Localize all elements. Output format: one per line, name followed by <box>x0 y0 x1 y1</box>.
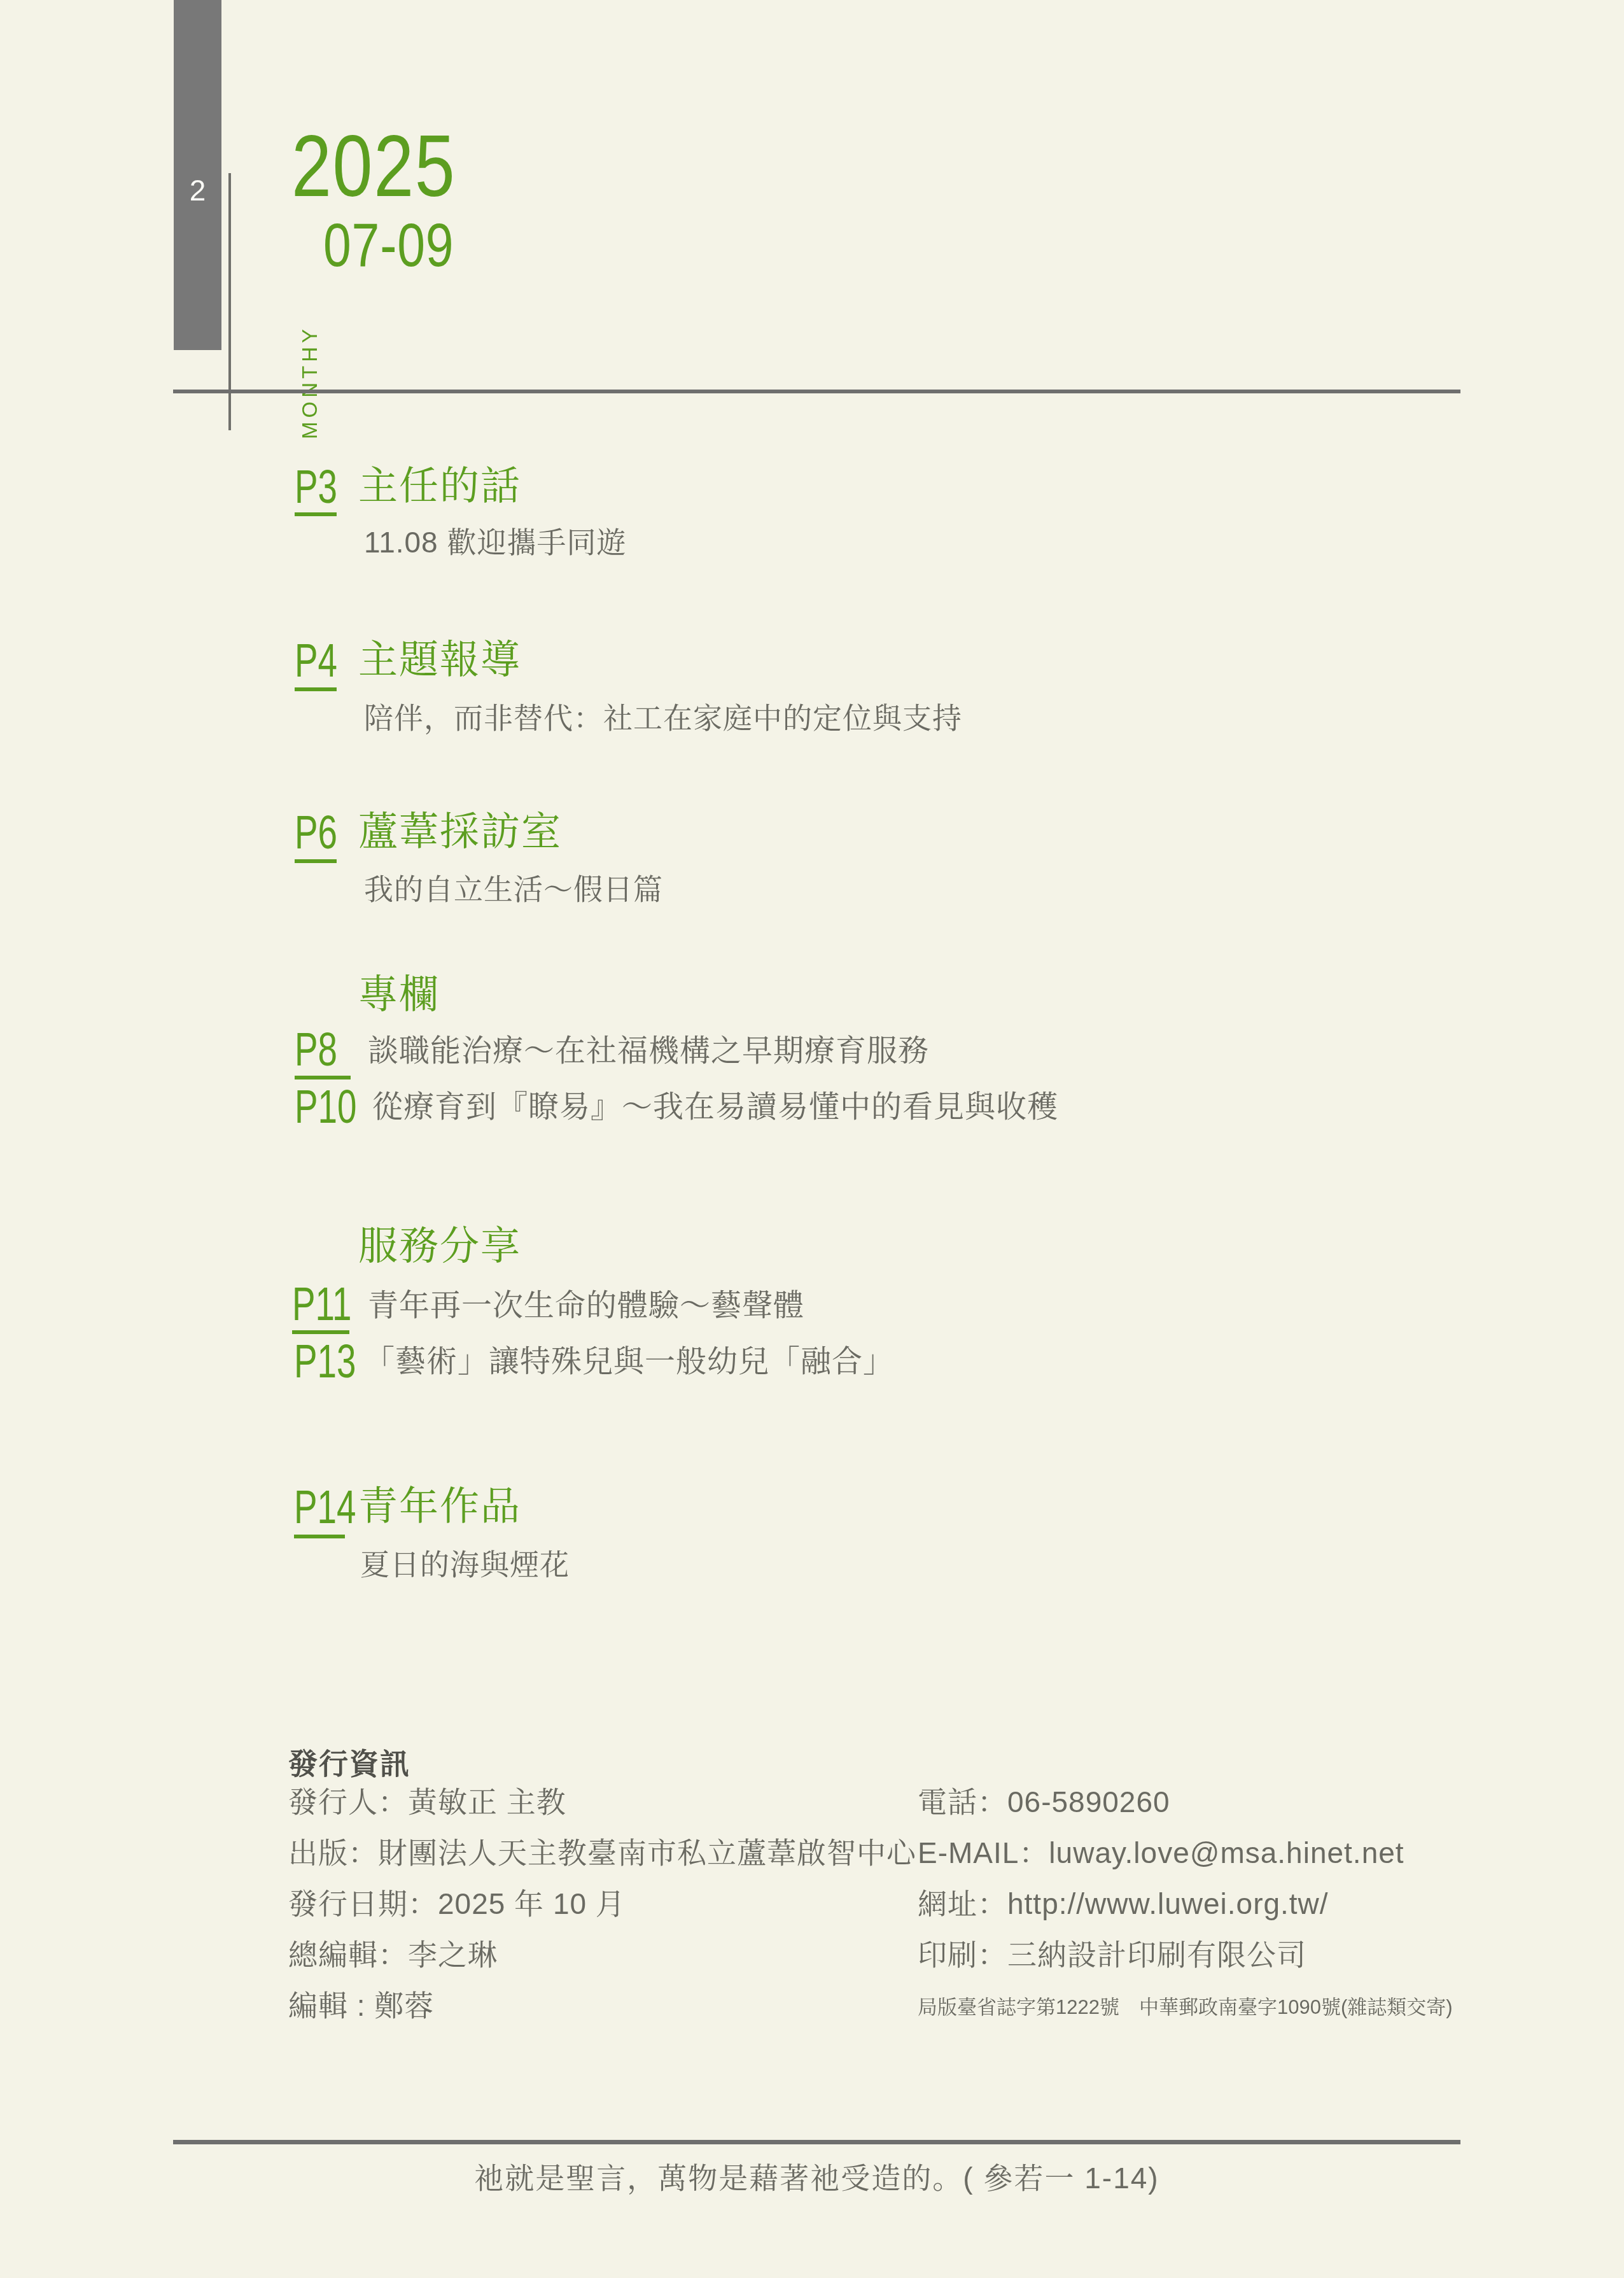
page-ref: P10 <box>295 1083 379 1130</box>
entry-title: 蘆葦採訪室 <box>358 813 562 852</box>
page-ref: P4 <box>295 637 353 684</box>
pubinfo-issue-date: 發行日期：2025 年 10 月 <box>288 1889 626 1918</box>
pubinfo-printer: 印刷：三納設計印刷有限公司 <box>918 1940 1306 1969</box>
underline-rule <box>295 512 337 516</box>
footer-rule <box>173 2140 1460 2144</box>
entry-subtitle: 我的自立生活～假日篇 <box>364 873 663 906</box>
page-ref: P11 <box>292 1281 372 1328</box>
underline-rule <box>294 1535 345 1538</box>
pubinfo-chief-editor: 總編輯：李之琳 <box>288 1940 498 1969</box>
monthly-label: MONTHY <box>299 325 320 439</box>
section-header: 專欄 <box>358 976 440 1015</box>
pubinfo-registration: 局版臺省誌字第1222號 中華郵政南臺字1090號(雜誌類交寄) <box>918 1997 1453 2017</box>
entry-subtitle: 11.08 歡迎攜手同遊 <box>364 526 626 559</box>
entry-subtitle: 夏日的海與煙花 <box>360 1548 570 1582</box>
page-ref: P6 <box>295 809 353 856</box>
underline-rule <box>295 859 337 863</box>
entry-title: 青年再一次生命的體驗～藝聲體 <box>368 1290 804 1323</box>
header-rule <box>173 390 1460 393</box>
page-number-badge: 2 <box>174 176 221 205</box>
entry-subtitle: 陪伴，而非替代：社工在家庭中的定位與支持 <box>364 701 962 735</box>
entry-title: 主任的話 <box>358 467 521 507</box>
pubinfo-email: E-MAIL：luway.love@msa.hinet.net <box>918 1838 1404 1867</box>
entry-title: 「藝術」讓特殊兒與一般幼兒「融合」 <box>364 1346 894 1379</box>
underline-rule <box>295 1076 351 1079</box>
page-ref: P8 <box>295 1026 353 1073</box>
entry-title: 從療育到『瞭易』～我在易讀易懂中的看見與收穫 <box>372 1091 1058 1125</box>
pubinfo-phone: 電話：06-5890260 <box>918 1787 1170 1817</box>
scripture-verse: 祂就是聖言，萬物是藉著祂受造的。( 參若一 1-14) <box>173 2155 1460 2197</box>
entry-title: 主題報導 <box>358 641 521 680</box>
pubinfo-website: 網址：http://www.luwei.org.tw/ <box>918 1889 1329 1918</box>
pubinfo-editor: 編輯 : 鄭蓉 <box>288 1991 434 2020</box>
underline-rule <box>292 1330 349 1334</box>
section-header: 服務分享 <box>358 1227 521 1267</box>
entry-title: 談職能治療～在社福機構之早期療育服務 <box>368 1035 929 1069</box>
year-label: 2025 <box>291 122 456 210</box>
page-ref: P3 <box>295 463 353 510</box>
magazine-toc-page: 2 2025 MONTHY 07-09 P3 主任的話 11.08 歡迎攜手同遊… <box>0 0 1624 2278</box>
entry-title: 青年作品 <box>358 1487 521 1527</box>
pubinfo-organization: 出版：財團法人天主教臺南市私立蘆葦啟智中心 <box>288 1838 916 1867</box>
issue-months-label: 07-09 <box>323 215 454 276</box>
pubinfo-header: 發行資訊 <box>288 1741 410 1783</box>
underline-rule <box>295 687 337 691</box>
pubinfo-publisher: 發行人：黃敏正 主教 <box>288 1787 566 1817</box>
